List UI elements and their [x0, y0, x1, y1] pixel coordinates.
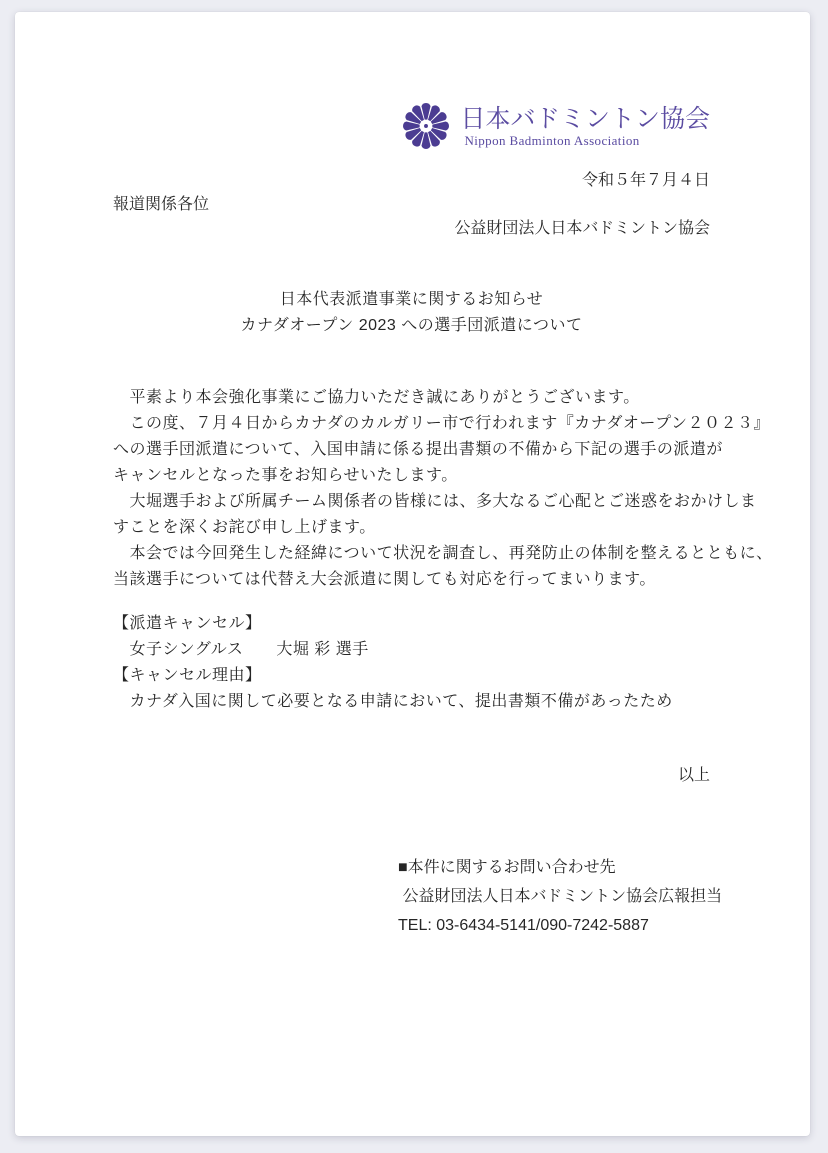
body-line: 大堀選手および所属チーム関係者の皆様には、多大なるご心配とご迷惑をおかけしま — [113, 489, 710, 515]
logo-title-japanese: 日本バドミントン協会 — [460, 105, 710, 133]
body-line: 当該選手については代替え大会派遣に関しても対応を行ってまいります。 — [113, 567, 710, 593]
body-line: キャンセルとなった事をお知らせいたします。 — [113, 463, 710, 489]
issuing-organization: 公益財団法人日本バドミントン協会 — [113, 218, 710, 240]
viewer-background: 日本バドミントン協会 Nippon Badminton Association … — [0, 0, 828, 1153]
document-title: 日本代表派遣事業に関するお知らせ カナダオープン 2023 への選手団派遣につい… — [113, 287, 710, 339]
body-text: 平素より本会強化事業にご協力いただき誠にありがとうございます。 この度、７月４日… — [113, 385, 710, 593]
logo-title-english: Nippon Badminton Association — [460, 133, 710, 148]
cancellation-details: 【派遣キャンセル】 女子シングルス 大堀 彩 選手 【キャンセル理由】 カナダ入… — [113, 611, 710, 715]
title-line-2: カナダオープン 2023 への選手団派遣について — [113, 313, 710, 339]
logo-text: 日本バドミントン協会 Nippon Badminton Association — [460, 105, 710, 148]
shuttlecock-starburst-icon — [399, 98, 453, 154]
body-line: 本会では今回発生した経緯について状況を調査し、再発防止の体制を整えるとともに、 — [113, 541, 710, 567]
reason-detail-line: カナダ入国に関して必要となる申請において、提出書類不備があったため — [113, 689, 710, 715]
cancel-section-heading: 【派遣キャンセル】 — [113, 611, 710, 637]
reason-section-heading: 【キャンセル理由】 — [113, 663, 710, 689]
title-line-1: 日本代表派遣事業に関するお知らせ — [113, 287, 710, 313]
closing-ijou: 以上 — [113, 763, 710, 789]
cancel-player-line: 女子シングルス 大堀 彩 選手 — [113, 637, 710, 663]
document-content: 日本バドミントン協会 Nippon Badminton Association … — [15, 98, 810, 940]
recipient-line: 報道関係各位 — [113, 194, 710, 216]
document-date: 令和５年７月４日 — [113, 170, 710, 192]
contact-heading: ■本件に関するお問い合わせ先 — [398, 853, 710, 882]
body-line: 平素より本会強化事業にご協力いただき誠にありがとうございます。 — [113, 385, 710, 411]
body-line: への選手団派遣について、入国申請に係る提出書類の不備から下記の選手の派遣が — [113, 437, 710, 463]
body-line: この度、７月４日からカナダのカルガリー市で行われます『カナダオープン２０２３』 — [113, 411, 710, 437]
contact-phone: TEL: 03-6434-5141/090-7242-5887 — [398, 911, 710, 940]
contact-organization: 公益財団法人日本バドミントン協会広報担当 — [398, 882, 710, 911]
contact-block: ■本件に関するお問い合わせ先 公益財団法人日本バドミントン協会広報担当 TEL:… — [398, 853, 710, 940]
document-page: 日本バドミントン協会 Nippon Badminton Association … — [15, 12, 810, 1136]
association-logo: 日本バドミントン協会 Nippon Badminton Association — [113, 98, 710, 154]
body-line: すことを深くお詫び申し上げます。 — [113, 515, 710, 541]
